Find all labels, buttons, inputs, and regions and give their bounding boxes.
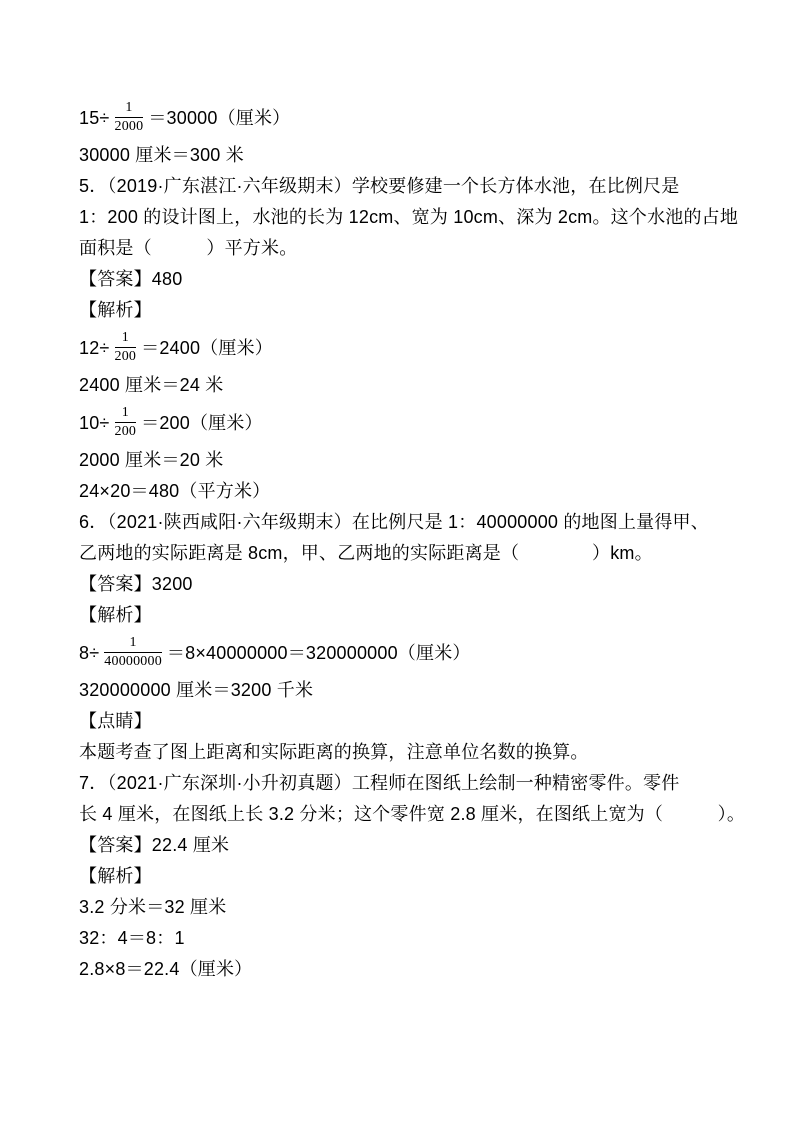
fraction-numerator: 1 <box>115 330 137 348</box>
formula-line: 12÷1200＝2400（厘米） <box>79 326 739 370</box>
text-line: 7．（2021·广东深圳·小升初真题）工程师在图纸上绘制一种精密零件。零件 <box>79 768 739 799</box>
document-content: 15÷12000＝30000（厘米）30000 厘米＝300 米5．（2019·… <box>79 96 739 985</box>
formula-text: ＝200（厘米） <box>141 413 263 433</box>
fraction: 140000000 <box>104 635 162 670</box>
text-line: 24×20＝480（平方米） <box>79 476 739 507</box>
formula-text: ＝30000（厘米） <box>148 108 290 128</box>
text-line: 本题考查了图上距离和实际距离的换算，注意单位名数的换算。 <box>79 737 739 768</box>
fraction: 1200 <box>115 330 137 365</box>
formula-text: ＝8×40000000＝320000000（厘米） <box>167 643 471 663</box>
text-line: 【解析】 <box>79 295 739 326</box>
text-line: 【答案】480 <box>79 264 739 295</box>
fraction: 1200 <box>115 405 137 440</box>
formula-text: 12÷ <box>79 338 110 358</box>
formula-text: 8÷ <box>79 643 99 663</box>
fraction-numerator: 1 <box>104 635 162 653</box>
text-line: 32：4＝8：1 <box>79 923 739 954</box>
text-line: 6．（2021·陕西咸阳·六年级期末）在比例尺是 1：40000000 的地图上… <box>79 507 739 538</box>
text-line: 乙两地的实际距离是 8cm，甲、乙两地的实际距离是（ ）km。 <box>79 538 739 569</box>
text-line: 【解析】 <box>79 861 739 892</box>
document-page: 15÷12000＝30000（厘米）30000 厘米＝300 米5．（2019·… <box>0 0 793 1122</box>
fraction-denominator: 200 <box>115 423 137 440</box>
fraction-numerator: 1 <box>115 100 144 118</box>
text-line: 5．（2019·广东湛江·六年级期末）学校要修建一个长方体水池，在比例尺是 <box>79 171 739 202</box>
formula-text: 10÷ <box>79 413 110 433</box>
text-line: 2.8×8＝22.4（厘米） <box>79 954 739 985</box>
text-line: 320000000 厘米＝3200 千米 <box>79 675 739 706</box>
text-line: 30000 厘米＝300 米 <box>79 140 739 171</box>
fraction-denominator: 2000 <box>115 118 144 135</box>
fraction-numerator: 1 <box>115 405 137 423</box>
text-line: 【答案】22.4 厘米 <box>79 830 739 861</box>
formula-text: ＝2400（厘米） <box>141 338 273 358</box>
formula-line: 15÷12000＝30000（厘米） <box>79 96 739 140</box>
formula-line: 10÷1200＝200（厘米） <box>79 401 739 445</box>
text-line: 【解析】 <box>79 600 739 631</box>
text-line: 3.2 分米＝32 厘米 <box>79 892 739 923</box>
text-line: 【答案】3200 <box>79 569 739 600</box>
text-line: 2000 厘米＝20 米 <box>79 445 739 476</box>
text-line: 面积是（ ）平方米。 <box>79 233 739 264</box>
text-line: 【点睛】 <box>79 706 739 737</box>
formula-line: 8÷140000000＝8×40000000＝320000000（厘米） <box>79 631 739 675</box>
fraction: 12000 <box>115 100 144 135</box>
fraction-denominator: 40000000 <box>104 653 162 670</box>
text-line: 2400 厘米＝24 米 <box>79 370 739 401</box>
formula-text: 15÷ <box>79 108 110 128</box>
fraction-denominator: 200 <box>115 348 137 365</box>
text-line: 1：200 的设计图上，水池的长为 12cm、宽为 10cm、深为 2cm。这个… <box>79 202 739 233</box>
text-line: 长 4 厘米，在图纸上长 3.2 分米；这个零件宽 2.8 厘米，在图纸上宽为（… <box>79 799 739 830</box>
